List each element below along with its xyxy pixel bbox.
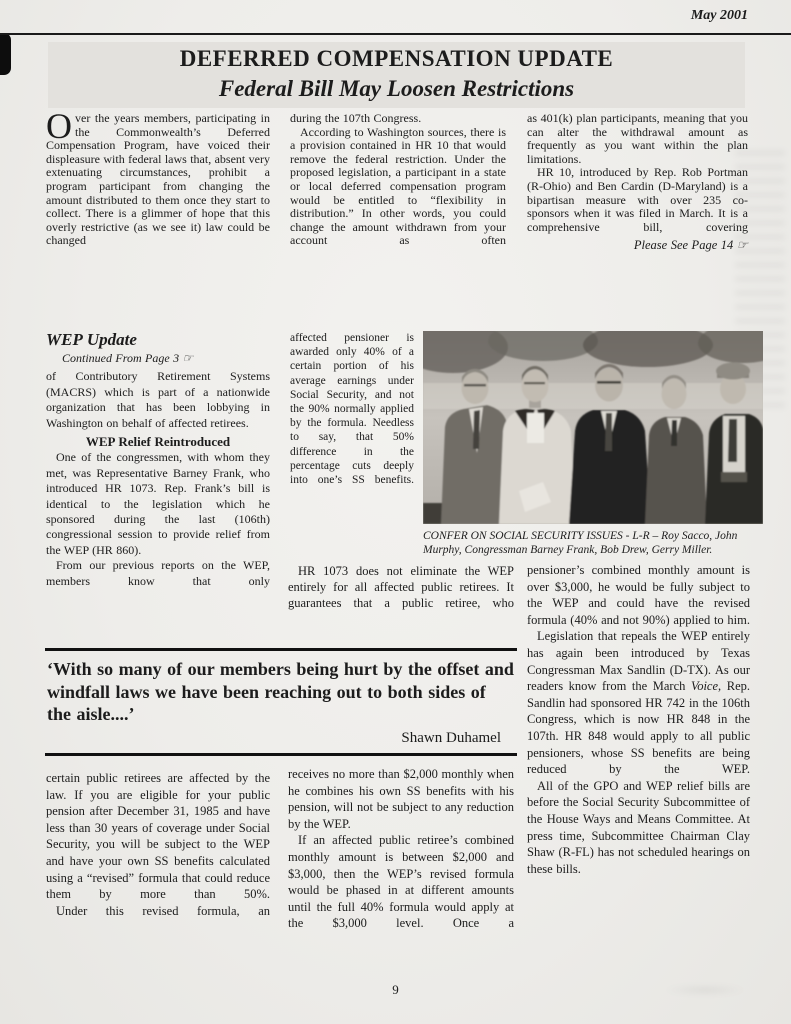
story-paragraph: during the 107th Congress.: [290, 112, 506, 126]
wep-paragraph: HR 1073 does not eliminate the WEP entir…: [288, 564, 514, 611]
bottom-middle-column: receives no more than $2,000 monthly whe…: [288, 766, 514, 932]
wep-subheading: WEP Relief Reintroduced: [46, 434, 270, 449]
wep-paragraph: of Contributory Retirement Systems (MACR…: [46, 369, 270, 431]
newsletter-page: May 2001 DEFERRED COMPENSATION UPDATE Fe…: [0, 0, 791, 1024]
right-paragraph: Legislation that repeals the WEP entirel…: [527, 628, 750, 777]
wep-update-column: WEP Update Continued From Page 3 ☞ of Co…: [46, 330, 270, 589]
story-paragraph: HR 10, introduced by Rep. Rob Portman (R…: [527, 166, 748, 234]
wep-heading: WEP Update: [46, 330, 270, 349]
bottom-left-column: certain public retirees are affected by …: [46, 770, 270, 919]
story-column-3: as 401(k) plan participants, meaning tha…: [527, 112, 748, 253]
conference-photo-image: [423, 331, 763, 524]
story-column-1: Over the years members, participating in…: [46, 112, 270, 248]
story-paragraph: Over the years members, participating in…: [46, 112, 270, 248]
scan-edge-mark: [0, 33, 11, 75]
photo-caption: CONFER ON SOCIAL SECURITY ISSUES - L-R –…: [423, 529, 761, 557]
masthead-rule: [0, 33, 791, 35]
story-paragraph: as 401(k) plan participants, meaning tha…: [527, 112, 748, 166]
conference-photo: [423, 331, 763, 524]
bottom-paragraph: If an affected public retiree’s combined…: [288, 832, 514, 932]
right-paragraph-text: , Rep. Sandlin had sponsored HR 742 in t…: [527, 679, 750, 776]
pull-quote-attribution: Shawn Duhamel: [47, 730, 515, 747]
bottom-paragraph: receives no more than $2,000 monthly whe…: [288, 766, 514, 832]
wep-paragraph: One of the congressmen, with whom they m…: [46, 450, 270, 558]
right-paragraph: pensioner’s combined monthly amount is o…: [527, 562, 750, 628]
right-column: pensioner’s combined monthly amount is o…: [527, 562, 750, 877]
bottom-paragraph: certain public retirees are affected by …: [46, 770, 270, 903]
page-number: 9: [0, 982, 791, 998]
bottom-paragraph: Under this revised formula, an: [46, 903, 270, 920]
right-paragraph: All of the GPO and WEP relief bills are …: [527, 778, 750, 878]
wep-middle-column: affected pensioner is awarded only 40% o…: [290, 331, 414, 487]
issue-date: May 2001: [691, 8, 748, 24]
article-title: DEFERRED COMPENSATION UPDATE: [48, 44, 745, 74]
pull-quote: ‘With so many of our members being hurt …: [45, 648, 517, 756]
drop-cap: O: [46, 113, 72, 139]
wep-paragraph: From our previous reports on the WEP, me…: [46, 558, 270, 589]
continuation-notice: Please See Page 14 ☞: [527, 239, 748, 253]
wep-paragraph: affected pensioner is awarded only 40% o…: [290, 331, 414, 487]
story-text: ver the years members, participating in …: [46, 111, 270, 247]
story-column-2: during the 107th Congress. According to …: [290, 112, 506, 248]
article-header: DEFERRED COMPENSATION UPDATE Federal Bil…: [48, 42, 745, 108]
story-paragraph: According to Washington sources, there i…: [290, 126, 506, 248]
publication-name: Voice: [691, 679, 718, 693]
wep-continued-from: Continued From Page 3 ☞: [62, 351, 270, 366]
pull-quote-text: ‘With so many of our members being hurt …: [47, 658, 515, 726]
wep-middle-continuation: HR 1073 does not eliminate the WEP entir…: [288, 564, 514, 611]
article-subtitle: Federal Bill May Loosen Restrictions: [48, 74, 745, 104]
